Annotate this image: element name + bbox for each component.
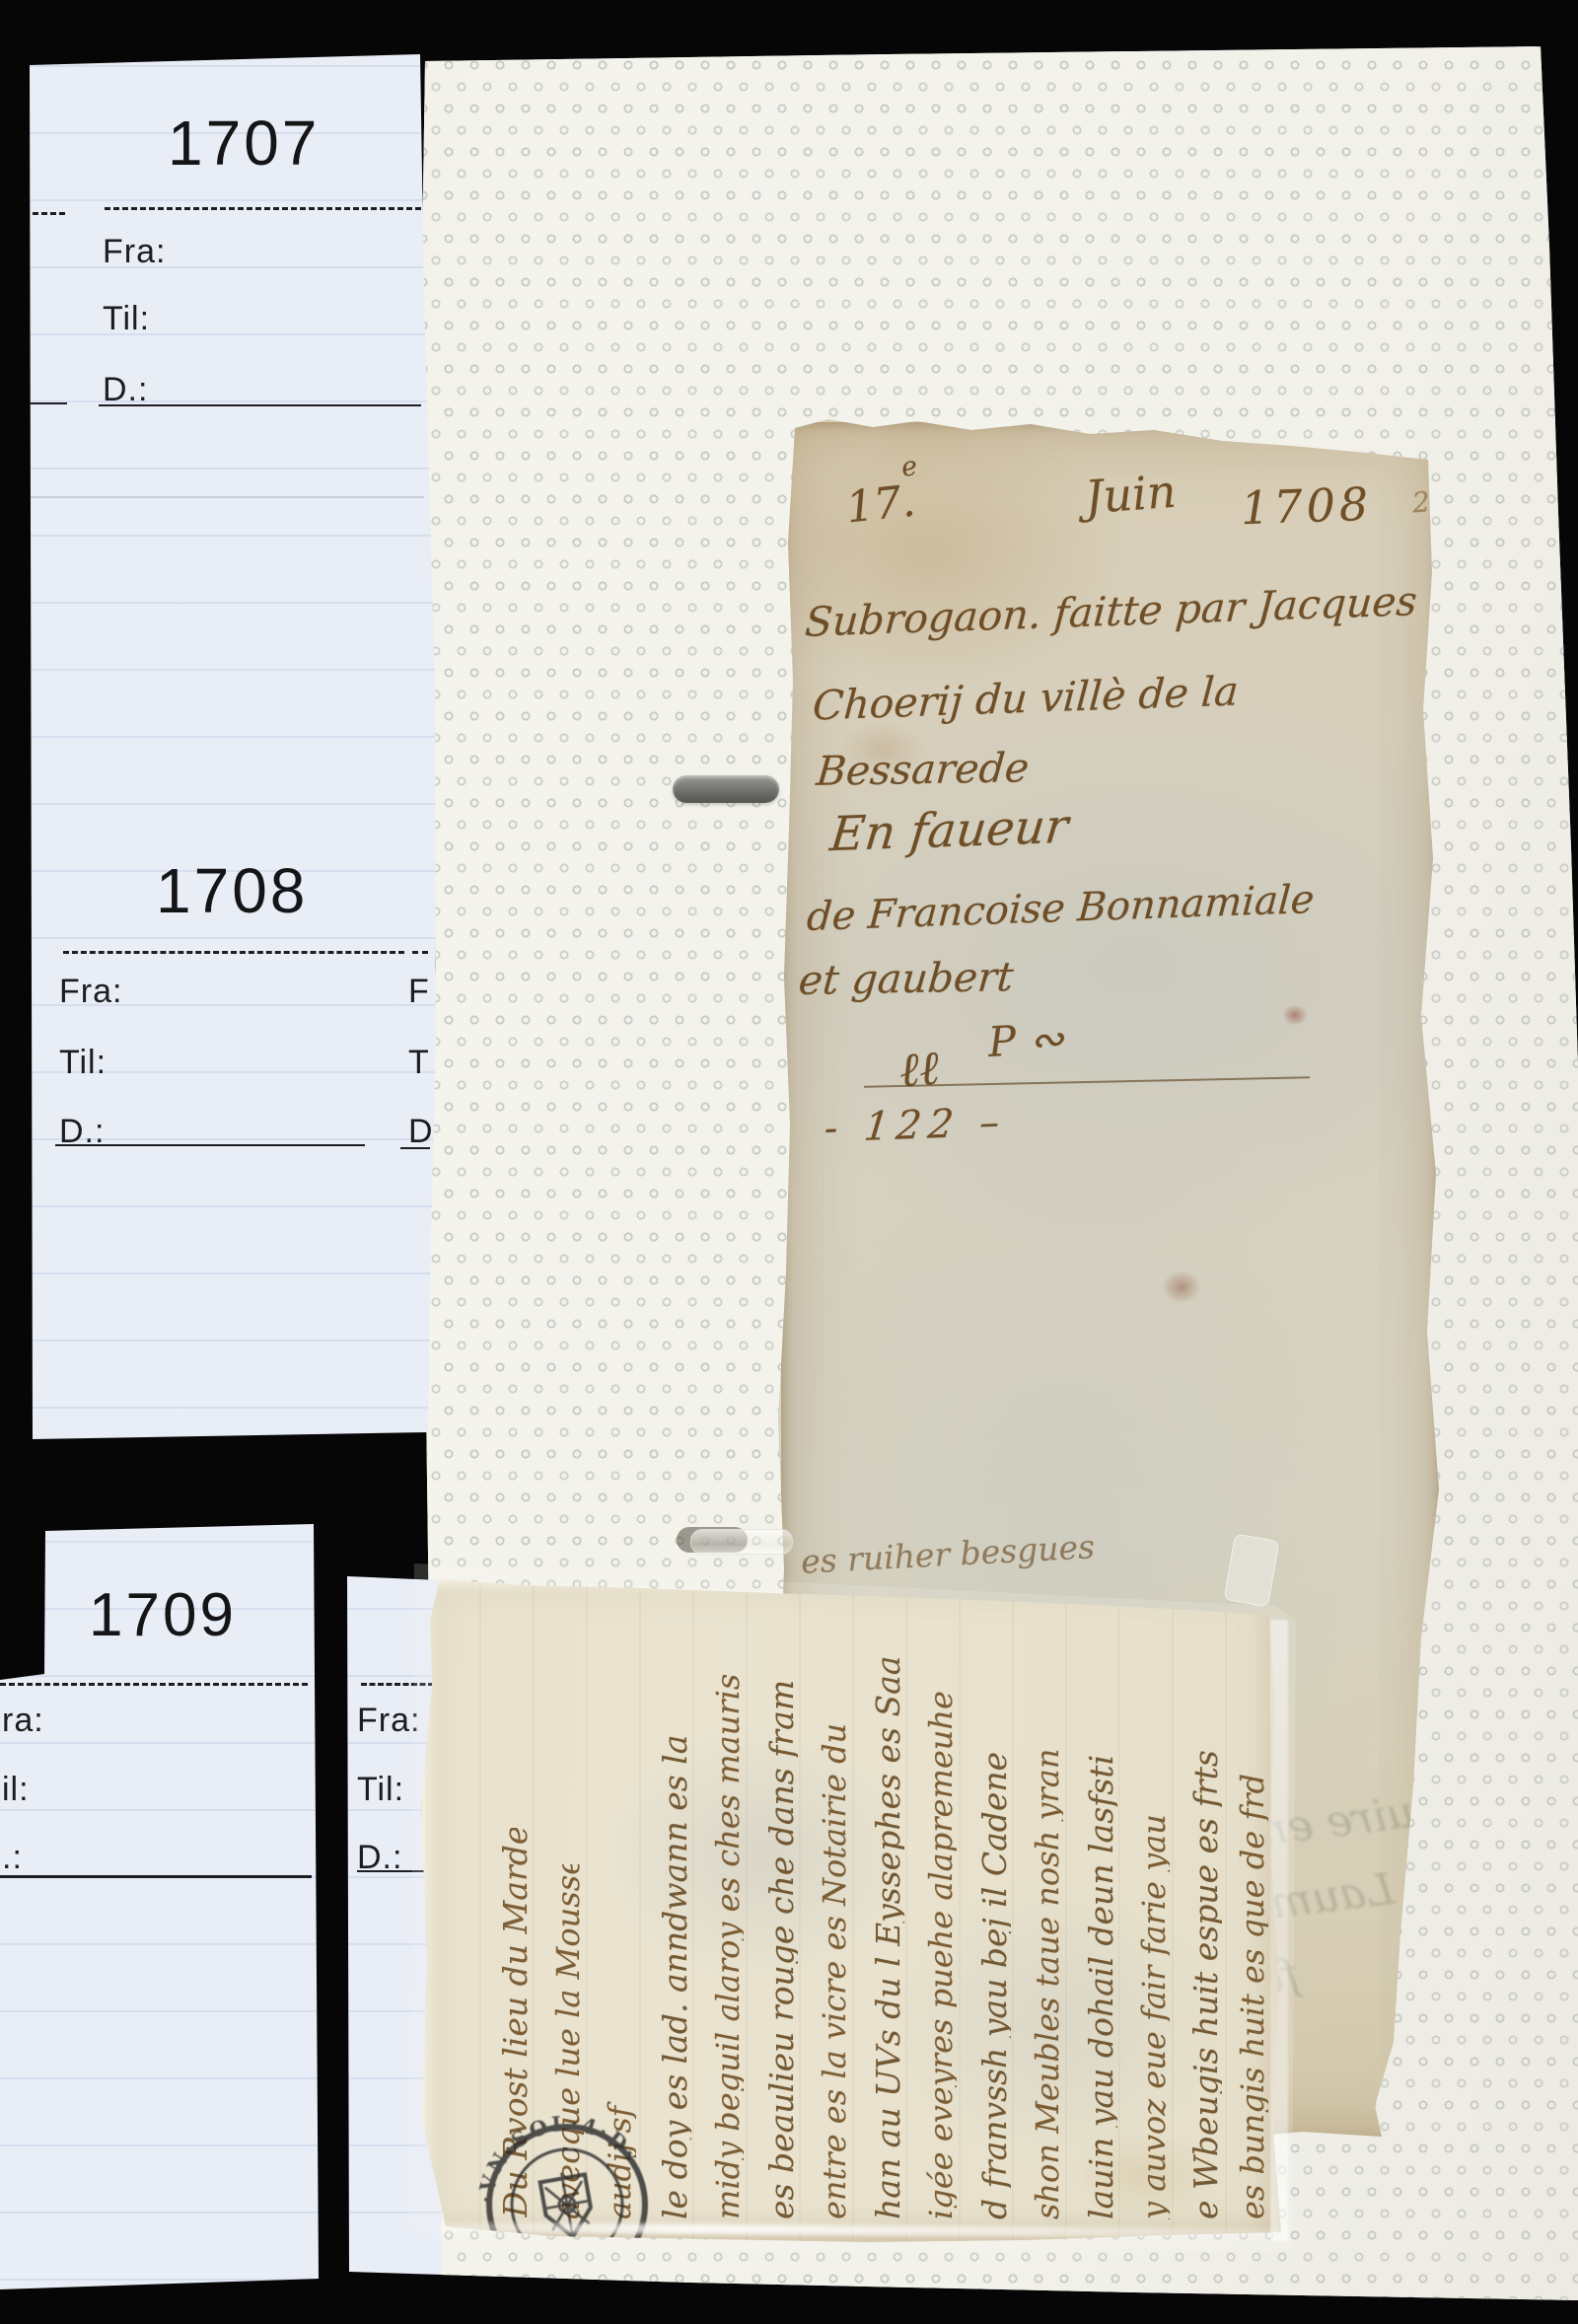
card-1709-to-label-cut: il:: [2, 1771, 30, 1809]
vertical-text-column: es beaulieu rouge che dans fram: [765, 1652, 798, 2219]
account-flourish: ℓℓ: [897, 1041, 941, 1099]
metal-clip: [673, 775, 779, 803]
card-1708-dash-tick: [412, 951, 428, 954]
vertical-text-column: entre es la vicre es Notairie du: [819, 1633, 850, 2219]
ink-speck: [1282, 1004, 1308, 1026]
vertical-text-column: shon Meubles taue nosh yran: [1032, 1630, 1063, 2219]
vertical-text-column: midy beguil alaroy es ches mauris: [712, 1672, 744, 2219]
card-1708-from-label: Fra:: [59, 973, 122, 1011]
card-1709-year: 1709: [89, 1580, 237, 1650]
date-day: 17.: [844, 475, 918, 533]
card-1709b-from-label: Fra:: [357, 1702, 420, 1740]
manuscript-line: Bessarede: [815, 744, 1031, 795]
date-month: Juin: [1083, 465, 1178, 524]
card-1709-underline: [0, 1875, 312, 1878]
verso-smudge: [611, 1726, 907, 1983]
vertical-text-column: d franvssh yau bej il Cadene: [978, 1662, 1011, 2219]
card-1709b-to-label: Til:: [357, 1771, 404, 1809]
partial-card-to-letter: T: [408, 1044, 430, 1082]
ink-blot: [1162, 1271, 1201, 1304]
plastic-clip: [690, 1529, 793, 1555]
card-edge-seam: [30, 496, 424, 498]
vertical-text-column: e Wbeugis huit espue es frts: [1189, 1692, 1222, 2219]
manuscript-line: En faueur: [827, 799, 1071, 863]
partial-card-date-letter: D: [408, 1113, 434, 1151]
paragraph-mark: P ∾: [987, 1014, 1065, 1066]
partial-card-from-letter: F: [408, 973, 430, 1011]
vertical-text-column: y auvoz eue fair farie yau: [1138, 1672, 1170, 2219]
vertical-text-column: han au UVs du l Eyssephes es Saa: [872, 1623, 904, 2219]
card-1707-left-line: [24, 402, 67, 404]
vertical-text-column: igée eveyres puehe alapremeuhe: [925, 1642, 957, 2219]
vertical-text-column: lauin yau dohail deun lasfsti: [1085, 1647, 1117, 2219]
sleeve-gloss-right: [1270, 1620, 1288, 2241]
card-1708-year: 1708: [156, 854, 308, 927]
card-1707-dashed-line: [105, 207, 421, 210]
card-1708-dashed-line: [63, 951, 404, 954]
card-1708-to-label: Til:: [59, 1044, 107, 1082]
card-1707-year: 1707: [168, 107, 320, 180]
card-1708-underline: [55, 1144, 365, 1146]
card-1709-dashed-line: [0, 1683, 308, 1686]
archive-photo: 1707 Fra: Til: D.: 1708 Fra: Til: D.: F …: [0, 0, 1578, 2324]
card-1707-from-label: Fra:: [103, 233, 166, 271]
date-year: 1708: [1240, 477, 1373, 536]
manuscript-line: et gaubert: [797, 953, 1016, 1004]
card-1709-date-label-cut: .:: [2, 1839, 23, 1877]
amount-value: - 122 –: [823, 1100, 1009, 1152]
card-1707-left-tick: [24, 212, 65, 215]
card-1707-to-label: Til:: [103, 300, 150, 338]
vertical-text-column: es bungis huit es que de frd: [1237, 1687, 1268, 2219]
vertical-text-column: le doy es lad. anndwann es la: [659, 1682, 691, 2219]
card-1707-underline: [99, 404, 421, 406]
card-1709-from-label-cut: ra:: [2, 1702, 44, 1740]
